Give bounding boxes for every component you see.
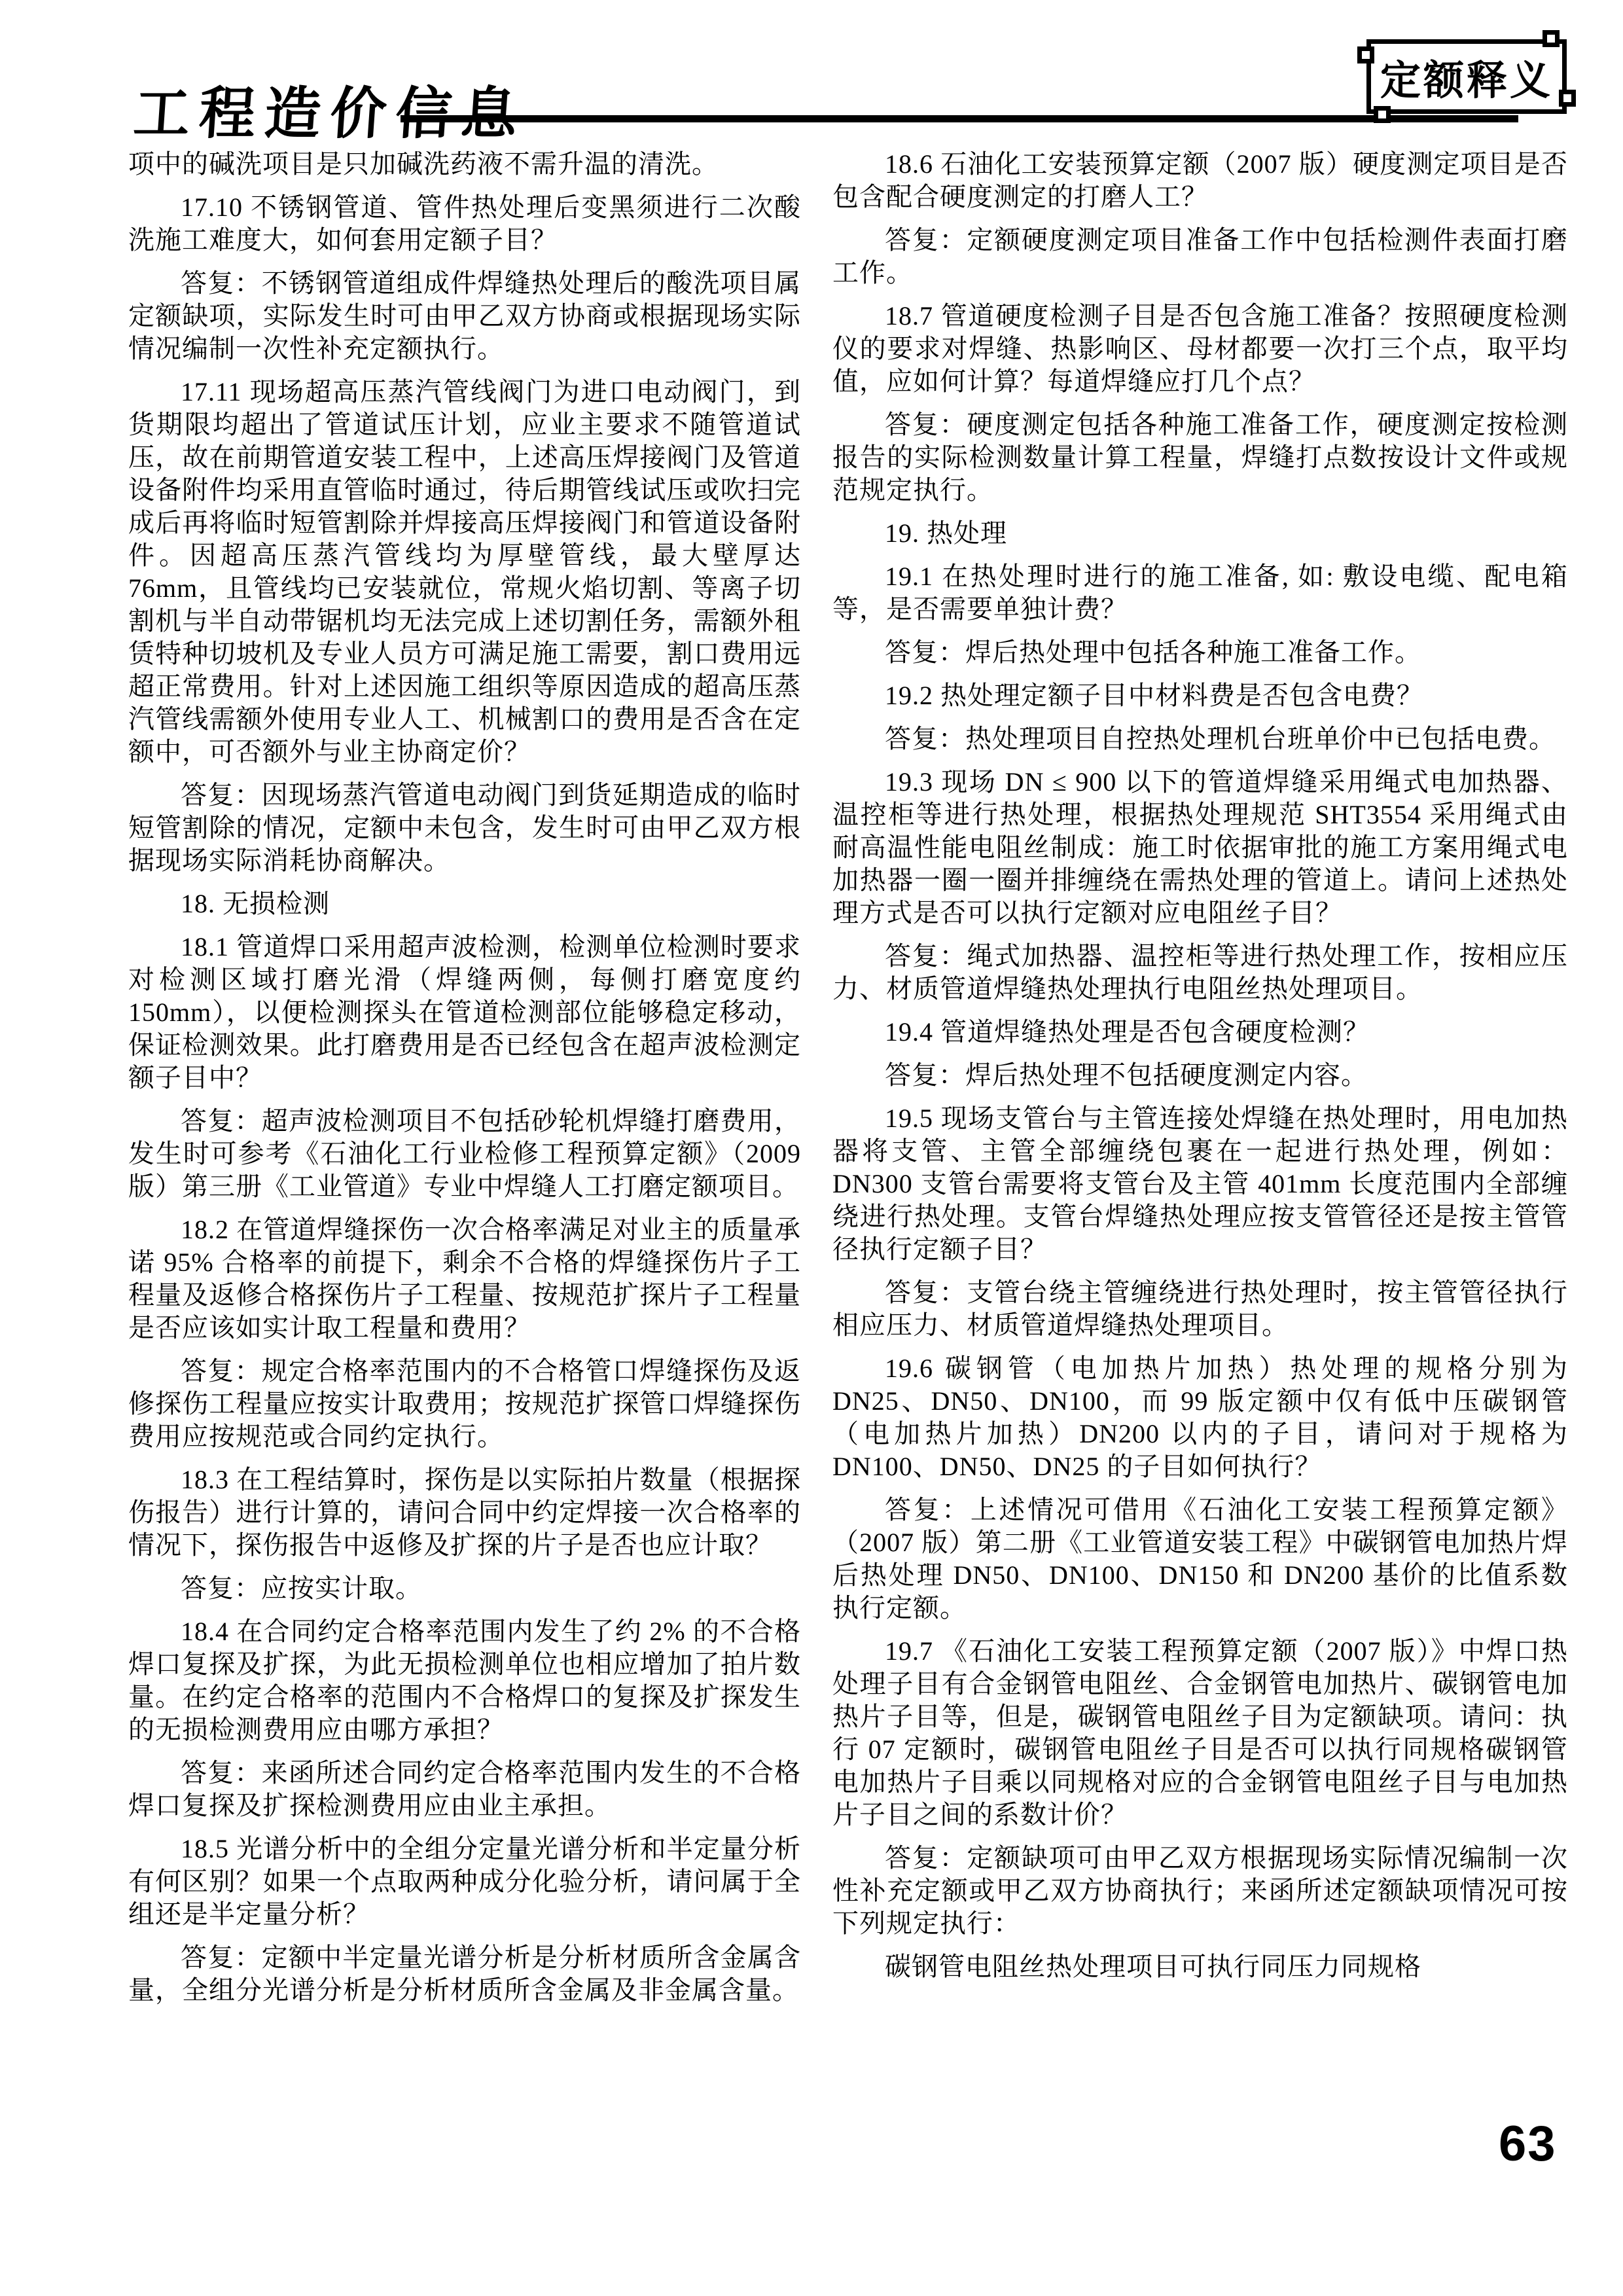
paragraph: 18.6 石油化工安装预算定额（2007 版）硬度测定项目是否包含配合硬度测定的… <box>832 148 1568 213</box>
paragraph: 18.3 在工程结算时，探伤是以实际拍片数量（根据探伤报告）进行计算的，请问合同… <box>128 1463 801 1562</box>
section-heading: 18. 无损检测 <box>128 888 801 920</box>
paragraph: 19.4 管道焊缝热处理是否包含硬度检测？ <box>832 1016 1568 1049</box>
paragraph: 18.2 在管道焊缝探伤一次合格率满足对业主的质量承诺 95% 合格率的前提下，… <box>128 1213 801 1344</box>
paragraph: 项中的碱洗项目是只加碱洗药液不需升温的清洗。 <box>128 148 801 181</box>
paragraph: 答复：定额缺项可由甲乙双方根据现场实际情况编制一次性补充定额或甲乙双方协商执行；… <box>832 1842 1568 1940</box>
paragraph: 18.7 管道硬度检测子目是否包含施工准备？按照硬度检测仪的要求对焊缝、热影响区… <box>832 300 1568 398</box>
page-number: 63 <box>1499 2115 1557 2172</box>
paragraph: 答复：规定合格率范围内的不合格管口焊缝探伤及返修探伤工程量应按实计取费用；按规范… <box>128 1355 801 1453</box>
paragraph: 答复：绳式加热器、温控柜等进行热处理工作，按相应压力、材质管道焊缝热处理执行电阻… <box>832 940 1568 1005</box>
right-column: 18.6 石油化工安装预算定额（2007 版）硬度测定项目是否包含配合硬度测定的… <box>832 148 1568 1983</box>
paragraph: 17.11 现场超高压蒸汽管线阀门为进口电动阀门，到货期限均超出了管道试压计划，… <box>128 376 801 768</box>
paragraph: 19.1 在热处理时进行的施工准备, 如: 敷设电缆、配电箱等，是否需要单独计费… <box>832 560 1568 626</box>
paragraph: 答复：支管台绕主管缠绕进行热处理时，按主管管径执行相应压力、材质管道焊缝热处理项… <box>832 1276 1568 1342</box>
paragraph: 答复：定额中半定量光谱分析是分析材质所含金属含量，全组分光谱分析是分析材质所含金… <box>128 1941 801 2007</box>
badge-corner-ornament <box>1374 106 1391 123</box>
paragraph: 19.3 现场 DN ≤ 900 以下的管道焊缝采用绳式电加热器、温控柜等进行热… <box>832 766 1568 929</box>
document-page: 工程造价信息 定额释义 项中的碱洗项目是只加碱洗药液不需升温的清洗。17.10 … <box>0 0 1623 2296</box>
paragraph: 19.2 热处理定额子目中材料费是否包含电费？ <box>832 679 1568 712</box>
journal-logo: 工程造价信息 <box>132 68 530 149</box>
header-rule <box>401 115 1518 122</box>
paragraph: 答复：不锈钢管道组成件焊缝热处理后的酸洗项目属定额缺项，实际发生时可由甲乙双方协… <box>128 267 801 365</box>
paragraph: 答复：超声波检测项目不包括砂轮机焊缝打磨费用，发生时可参考《石油化工行业检修工程… <box>128 1105 801 1203</box>
badge-corner-ornament <box>1559 90 1576 107</box>
paragraph: 答复：因现场蒸汽管道电动阀门到货延期造成的临时短管割除的情况，定额中未包含，发生… <box>128 779 801 877</box>
left-column: 项中的碱洗项目是只加碱洗药液不需升温的清洗。17.10 不锈钢管道、管件热处理后… <box>128 148 801 2007</box>
paragraph: 答复：来函所述合同约定合格率范围内发生的不合格焊口复探及扩探检测费用应由业主承担… <box>128 1757 801 1822</box>
paragraph: 19.6 碳钢管（电加热片加热）热处理的规格分别为 DN25、DN50、DN10… <box>832 1352 1568 1483</box>
paragraph: 答复：定额硬度测定项目准备工作中包括检测件表面打磨工作。 <box>832 224 1568 289</box>
paragraph: 17.10 不锈钢管道、管件热处理后变黑须进行二次酸洗施工难度大，如何套用定额子… <box>128 191 801 257</box>
paragraph: 答复：应按实计取。 <box>128 1572 801 1605</box>
section-badge: 定额释义 <box>1366 39 1567 114</box>
badge-corner-ornament <box>1543 30 1560 47</box>
paragraph: 答复：上述情况可借用《石油化工安装工程预算定额》（2007 版）第二册《工业管道… <box>832 1494 1568 1624</box>
paragraph: 答复：焊后热处理不包括硬度测定内容。 <box>832 1059 1568 1092</box>
paragraph: 18.4 在合同约定合格率范围内发生了约 2% 的不合格焊口复探及扩探，为此无损… <box>128 1615 801 1746</box>
paragraph: 答复：硬度测定包括各种施工准备工作，硬度测定按检测报告的实际检测数量计算工程量，… <box>832 408 1568 507</box>
section-heading: 19. 热处理 <box>832 517 1568 550</box>
section-badge-label: 定额释义 <box>1380 48 1553 106</box>
paragraph: 答复：焊后热处理中包括各种施工准备工作。 <box>832 636 1568 669</box>
paragraph: 18.1 管道焊口采用超声波检测，检测单位检测时要求对检测区域打磨光滑（焊缝两侧… <box>128 931 801 1094</box>
paragraph: 19.7 《石油化工安装工程预算定额（2007 版）》中焊口热处理子目有合金钢管… <box>832 1635 1568 1831</box>
paragraph: 碳钢管电阻丝热处理项目可执行同压力同规格 <box>832 1950 1568 1983</box>
paragraph: 18.5 光谱分析中的全组分定量光谱分析和半定量分析有何区别？如果一个点取两种成… <box>128 1833 801 1931</box>
badge-corner-ornament <box>1357 46 1374 63</box>
paragraph: 答复：热处理项目自控热处理机台班单价中已包括电费。 <box>832 723 1568 755</box>
paragraph: 19.5 现场支管台与主管连接处焊缝在热处理时，用电加热器将支管、主管全部缠绕包… <box>832 1102 1568 1266</box>
